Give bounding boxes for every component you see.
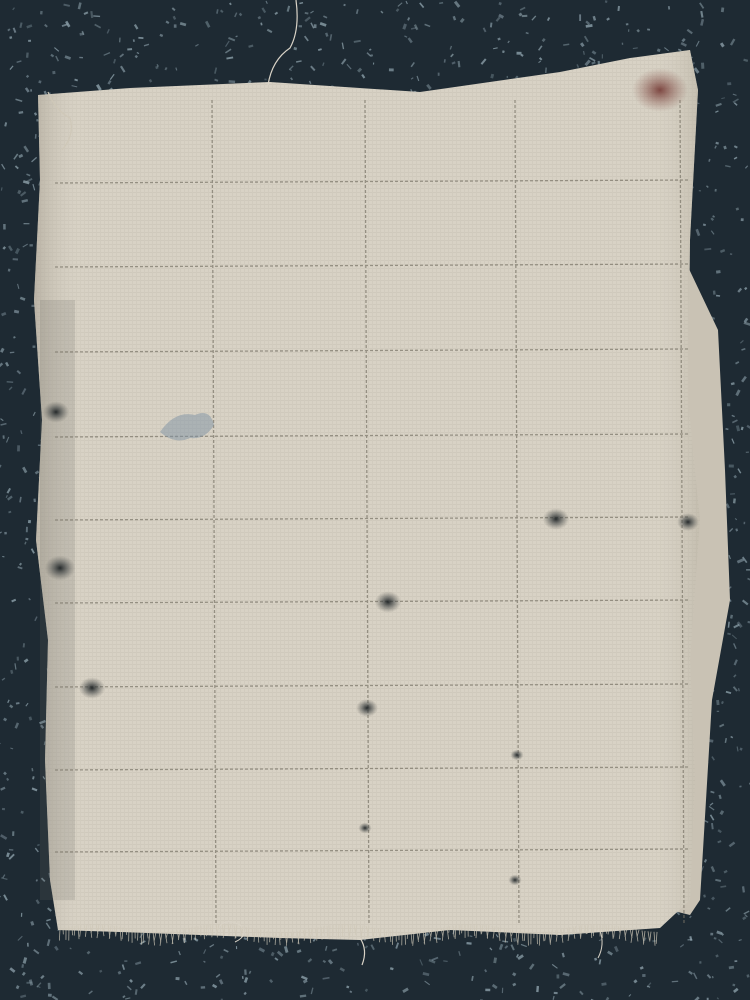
stain-spot — [677, 513, 699, 531]
rust-stain — [632, 68, 688, 112]
stain-spot — [543, 508, 569, 530]
stain-spot — [510, 750, 523, 761]
stain-spot — [79, 677, 105, 699]
left-edge-grime — [40, 300, 75, 900]
cloth-piece — [0, 0, 750, 1000]
stain-spot — [358, 823, 371, 834]
stain-spot — [43, 401, 69, 423]
stain-spot — [45, 555, 76, 580]
stain-spot — [375, 591, 401, 613]
loose-thread — [268, 0, 297, 85]
loose-thread — [360, 938, 365, 965]
stain-spot — [508, 875, 521, 886]
stain-spot — [356, 699, 378, 717]
cloth-svg — [0, 0, 750, 1000]
